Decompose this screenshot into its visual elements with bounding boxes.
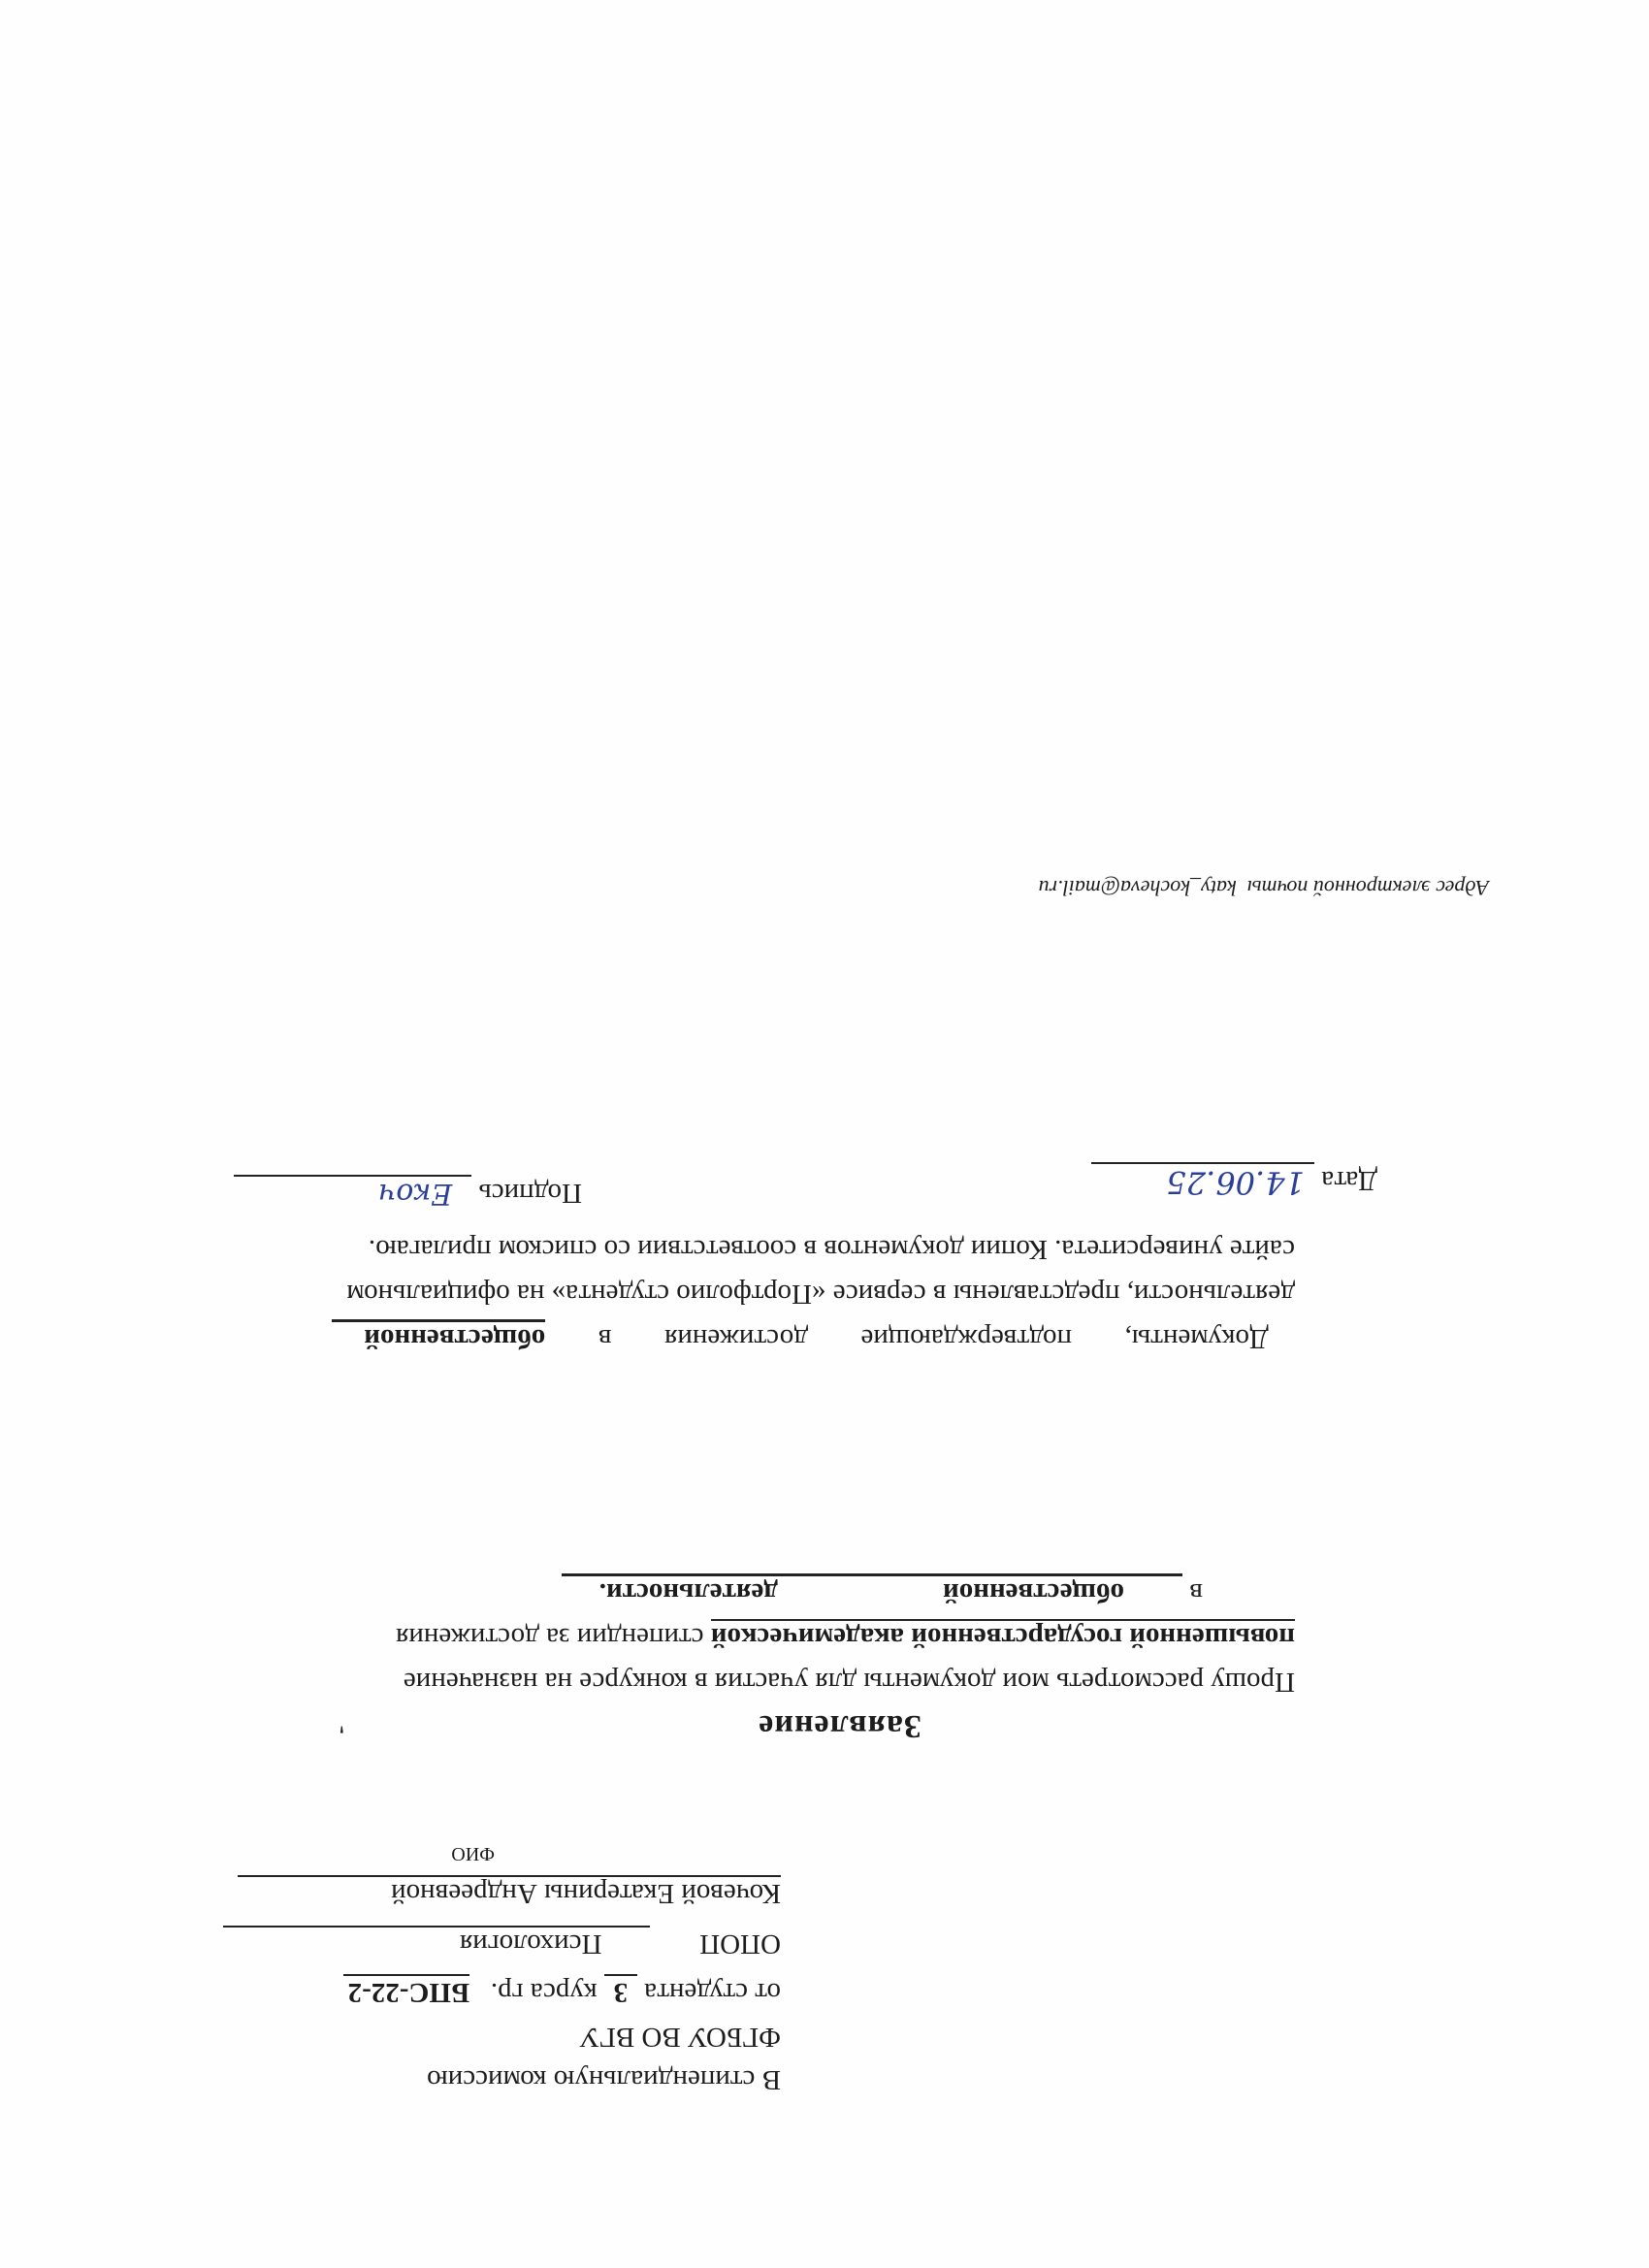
- body-p1-line3-prefix: в: [1189, 1577, 1203, 1608]
- body-p1-line3: в общественнойдеятельности.: [562, 1573, 1203, 1608]
- addressee-line-1: В стипендиальную комиссию: [427, 2063, 781, 2095]
- signature-field: Екоч: [234, 1175, 471, 1211]
- stray-mark: ': [339, 1706, 344, 1739]
- fio-line: Кочевой Екатерины Андреевной: [238, 1875, 781, 1909]
- signature-label: Подпись: [479, 1178, 583, 1209]
- achievement-field: общественнойдеятельности.: [562, 1573, 1182, 1608]
- course-suffix: курса гр.: [491, 1977, 598, 2008]
- p2-word-2: подтверждающие: [860, 1323, 1072, 1354]
- email-label: Адрес электронной почты: [1247, 876, 1489, 900]
- p2-word-3: достижения: [664, 1323, 808, 1354]
- fio-field: Кочевой Екатерины Андреевной: [238, 1875, 781, 1909]
- body-p2-line3: сайте университета. Копии документов в с…: [369, 1233, 1295, 1265]
- body-p2-line1: Документы, подтверждающие достижения в о…: [301, 1319, 1295, 1354]
- student-line: от студента 3 курса гр. БПС-22-2: [343, 1974, 781, 2008]
- signature-line: Подпись Екоч: [234, 1175, 582, 1211]
- email-value: katy_kocheva@mail.ru: [1039, 876, 1237, 900]
- p2-word-1: Документы,: [1125, 1323, 1269, 1354]
- body-p1-line2: повышенной государственной академической…: [396, 1619, 1295, 1653]
- body-p2-line2: деятельности, представлены в сервисе «По…: [346, 1278, 1295, 1310]
- group-field: БПС-22-2: [343, 1974, 469, 2008]
- scholarship-type-field: повышенной государственной академической: [711, 1619, 1295, 1653]
- document-title: Заявление: [758, 1707, 921, 1744]
- p2-achievement-field: общественной: [332, 1319, 545, 1354]
- opop-label: ОПОП: [699, 1928, 781, 1960]
- addressee-line-2: ФГБОУ ВО ВГУ: [580, 2021, 781, 2053]
- email-line: Адрес электронной почты katy_kocheva@mai…: [1039, 875, 1489, 900]
- body-p1-line1: Прошу рассмотреть мои документы для учас…: [404, 1666, 1295, 1698]
- p2-word-4: в: [598, 1323, 612, 1354]
- opop-line: ОПОП Психология: [223, 1926, 781, 1960]
- from-prefix: от студента: [644, 1977, 781, 2008]
- body-p1-line2-rest: стипендии за достижения: [396, 1622, 704, 1653]
- fio-caption: ФИО: [451, 1842, 495, 1864]
- course-field: 3: [604, 1974, 637, 2008]
- date-label: Дата: [1321, 1165, 1377, 1196]
- date-line: Дата 14.06.25: [1091, 1162, 1377, 1201]
- date-field: 14.06.25: [1091, 1162, 1314, 1201]
- scanned-document-page: В стипендиальную комиссию ФГБОУ ВО ВГУ о…: [0, 0, 1649, 2268]
- opop-field: Психология: [223, 1926, 650, 1960]
